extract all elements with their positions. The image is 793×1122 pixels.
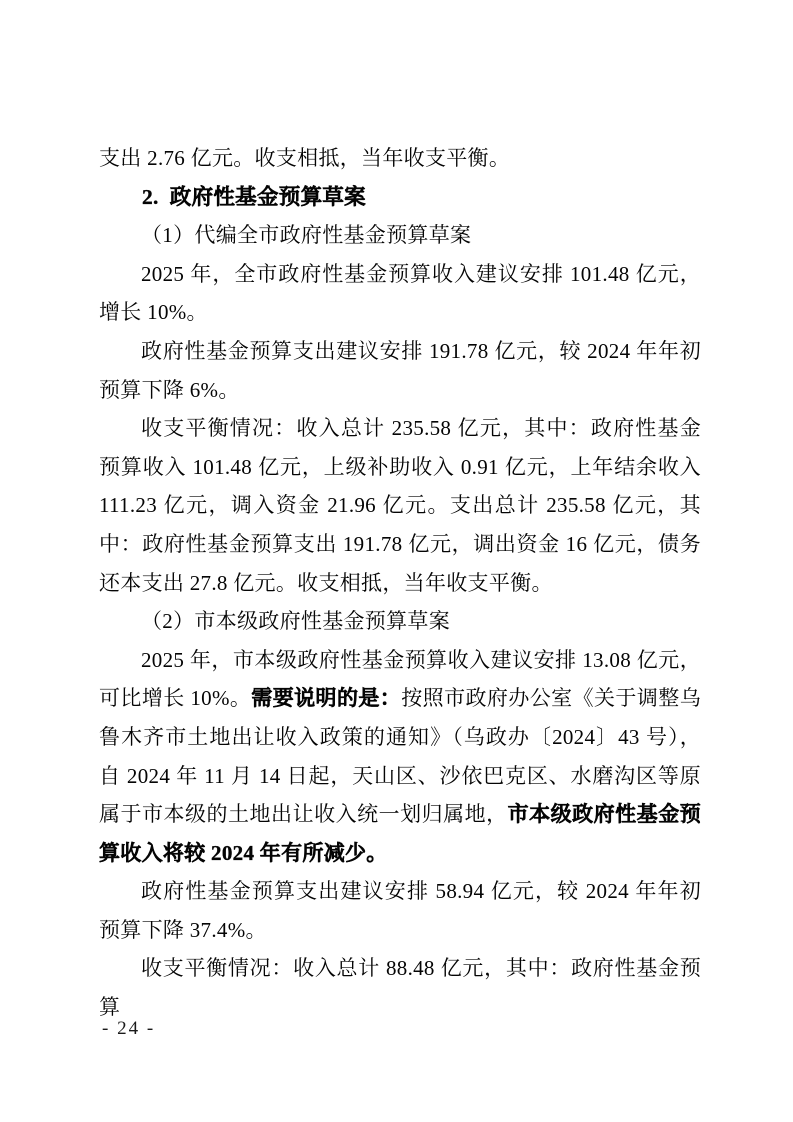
paragraph-text: （2）市本级政府性基金预算草案 [141,609,450,633]
document-page: 支出 2.76 亿元。收支相抵，当年收支平衡。 2. 政府性基金预算草案 （1）… [0,0,793,1122]
section-heading-govfund-budget: 2. 政府性基金预算草案 [99,178,701,217]
paragraph-text: 收支平衡情况：收入总计 235.58 亿元，其中：政府性基金预算收入 101.4… [99,416,701,594]
paragraph-citywide-balance-detail: 收支平衡情况：收入总计 235.58 亿元，其中：政府性基金预算收入 101.4… [99,409,701,602]
paragraph-text: 2025 年，全市政府性基金预算收入建议安排 101.48 亿元，增长 10%。 [99,262,701,325]
paragraph-bold-note-label: 需要说明的是： [251,686,401,710]
paragraph-text: 支出 2.76 亿元。收支相抵，当年收支平衡。 [99,146,510,170]
paragraph-municipal-subheading: （2）市本级政府性基金预算草案 [99,602,701,641]
paragraph-municipal-revenue-note: 2025 年，市本级政府性基金预算收入建议安排 13.08 亿元，可比增长 10… [99,641,701,873]
paragraph-text: 政府性基金预算支出建议安排 58.94 亿元，较 2024 年年初预算下降 37… [99,879,701,942]
paragraph-text: （1）代编全市政府性基金预算草案 [141,223,471,247]
paragraph-citywide-revenue: 2025 年，全市政府性基金预算收入建议安排 101.48 亿元，增长 10%。 [99,255,701,332]
paragraph-municipal-expenditure: 政府性基金预算支出建议安排 58.94 亿元，较 2024 年年初预算下降 37… [99,872,701,949]
paragraph-carryover-balance: 支出 2.76 亿元。收支相抵，当年收支平衡。 [99,139,701,178]
paragraph-citywide-expenditure: 政府性基金预算支出建议安排 191.78 亿元，较 2024 年年初预算下降 6… [99,332,701,409]
paragraph-municipal-balance-partial: 收支平衡情况：收入总计 88.48 亿元，其中：政府性基金预算 [99,949,701,1026]
paragraph-text: 收支平衡情况：收入总计 88.48 亿元，其中：政府性基金预算 [99,956,701,1019]
paragraph-citywide-subheading: （1）代编全市政府性基金预算草案 [99,216,701,255]
page-body-text: 支出 2.76 亿元。收支相抵，当年收支平衡。 2. 政府性基金预算草案 （1）… [99,139,701,1027]
page-number: - 24 - [102,1015,155,1043]
paragraph-text: 政府性基金预算支出建议安排 191.78 亿元，较 2024 年年初预算下降 6… [99,339,701,402]
heading-text: 2. 政府性基金预算草案 [142,185,366,209]
